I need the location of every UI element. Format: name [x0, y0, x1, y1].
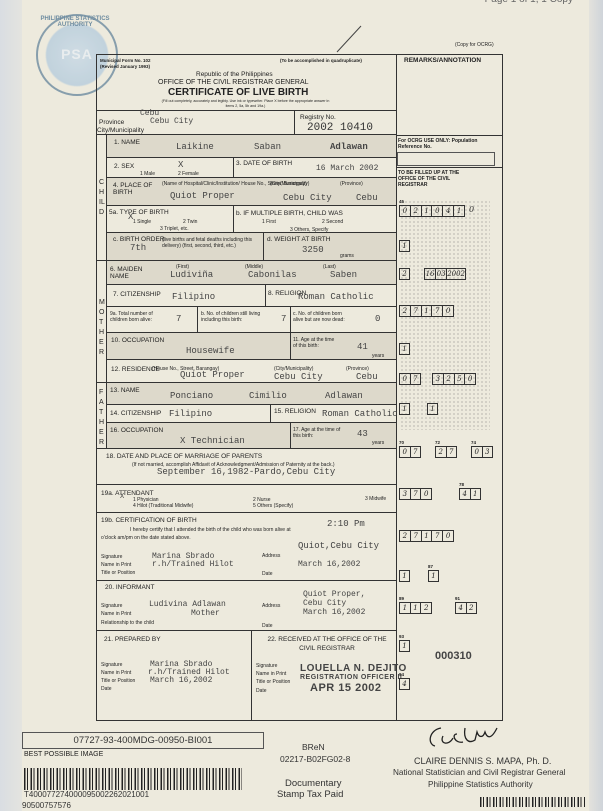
cert-signature-label: Signature [101, 554, 122, 560]
living-children-value: 7 [281, 314, 286, 324]
code-box: 021041 [399, 205, 465, 217]
form-instructions: (Fill out completely, accurately and leg… [158, 99, 333, 108]
mother-last-name: Saben [330, 270, 357, 280]
code-box: 1 [399, 640, 410, 652]
child-middle-name: Saban [254, 142, 281, 152]
residence-province: Cebu [356, 372, 378, 382]
attendant-option-hilot: 4 Hilot (Traditional Midwife) [133, 503, 193, 509]
code-number: 89 [399, 596, 404, 601]
city-value: Cebu City [150, 117, 193, 126]
barcode-text: T400077274000095002262021001 [24, 790, 149, 799]
code-extra: 0 [469, 205, 474, 214]
sex-label: 2. SEX [114, 163, 134, 170]
prep-title-label: Title or Position [101, 678, 135, 684]
pob-city: Cebu City [283, 193, 332, 203]
father-age-unit: years [372, 440, 384, 446]
bren-value: 02217-B02FG02-8 [280, 754, 350, 764]
code-number: 94 [399, 672, 404, 677]
certification-label: 19b. CERTIFICATION OF BIRTH [101, 517, 197, 524]
mother-religion: Roman Catholic [298, 292, 374, 302]
signer-org: Philippine Statistics Authority [428, 780, 533, 789]
attendant-label: 19a. ATTENDANT [101, 490, 154, 497]
form-number: Municipal Form No. 102 [100, 58, 151, 63]
multiple-birth-label: b. IF MULTIPLE BIRTH, CHILD WAS [236, 210, 343, 217]
father-middle-name: Cimilio [249, 391, 287, 401]
pob-province: Cebu [356, 193, 378, 203]
maiden-name-label: 6. MAIDEN NAME [110, 266, 148, 280]
code-box: 16032002 [424, 268, 466, 280]
father-last-name: Adlawan [325, 391, 363, 401]
code-box: 1 [399, 403, 410, 415]
signature-image [425, 722, 505, 756]
fill-up-label: TO BE FILLED UP AT THE OFFICE OF THE CIV… [398, 170, 478, 188]
code-box: 370 [399, 488, 432, 500]
birth-order-sublabel: (live births and fetal deaths including … [150, 237, 262, 249]
pob-province-sublabel: (Province) [340, 181, 363, 187]
cert-date: March 16,2002 [298, 560, 360, 569]
republic-label: Republic of the Philippines [196, 71, 273, 78]
type-option-single: 1 Single [133, 219, 151, 225]
informant-date: March 16,2002 [303, 608, 365, 617]
type-of-birth-label: 5a. TYPE OF BIRTH [109, 209, 169, 216]
recv-signature-label: Signature [256, 663, 277, 669]
weight-value: 3250 [302, 245, 324, 255]
recv-name-label: Name in Print [256, 671, 286, 677]
form-revised: (Revised January 1993) [100, 64, 150, 69]
code-box: 112 [399, 602, 432, 614]
informant-relation: Mother [191, 609, 220, 618]
office-label: OFFICE OF THE CIVIL REGISTRAR GENERAL [158, 79, 309, 86]
mother-occupation: Housewife [186, 346, 235, 356]
mother-citizenship-label: 7. CITIZENSHIP [113, 291, 161, 298]
child-last-name: Adlawan [330, 142, 368, 152]
code-number: 45 [399, 199, 404, 204]
cert-name-label: Name in Print [101, 562, 131, 568]
attendant-mark: X [120, 493, 124, 501]
weight-unit: grams [340, 253, 354, 259]
inf-address-label: Address [262, 603, 280, 609]
code-box: 27170 [399, 530, 454, 542]
prep-name-label: Name in Print [101, 670, 131, 676]
code-number: 87 [428, 564, 433, 569]
multiple-option-first: 1 First [262, 219, 276, 225]
prep-date-label: Date [101, 686, 112, 692]
city-label: City/Municipality [97, 127, 144, 134]
cert-title-label: Title or Position [101, 570, 135, 576]
certificate-title: CERTIFICATE OF LIVE BIRTH [168, 87, 308, 98]
code-number: 72 [435, 440, 440, 445]
signer-title: National Statistician and Civil Registra… [393, 768, 565, 777]
population-reference-box [397, 152, 495, 166]
prepared-date: March 16,2002 [150, 676, 212, 685]
informant-name: Ludivina Adlawan [149, 600, 226, 609]
certification-oclock: o'clock am/pm on the date stated above. [101, 535, 221, 541]
inf-date-label: Date [262, 623, 273, 629]
page-edge-right [589, 0, 603, 811]
section-child: CHILD [99, 178, 105, 218]
inf-name-label: Name in Print [101, 611, 131, 617]
section-mother: MOTHER [99, 298, 105, 358]
father-religion-label: 15. RELIGION [274, 408, 316, 415]
father-occupation-label: 16. OCCUPATION [110, 427, 163, 434]
code-box: 03 [471, 446, 493, 458]
birth-order-value: 7th [130, 243, 146, 253]
informant-label: 20. INFORMANT [105, 584, 154, 591]
certification-time: 2:10 Pm [327, 519, 365, 529]
cert-date-label: Date [262, 571, 273, 577]
father-citizenship-label: 14. CITIZENSHIP [110, 410, 161, 417]
child-first-name: Laikine [176, 142, 214, 152]
pen-mark-icon [335, 24, 365, 54]
father-first-name: Ponciano [170, 391, 213, 401]
informant-address-line2: Cebu City [303, 599, 346, 608]
barcode [24, 768, 242, 790]
copy-label: (Copy for OCRG) [455, 42, 494, 48]
code-box: 4 [399, 678, 410, 690]
type-option-twin: 2 Twin [183, 219, 197, 225]
multiple-option-second: 2 Second [322, 219, 343, 225]
inf-signature-label: Signature [101, 603, 122, 609]
cert-address: Quiot,Cebu City [298, 541, 379, 551]
living-children-label: b. No. of children still living includin… [201, 311, 265, 323]
father-name-label: 13. NAME [110, 387, 140, 394]
certification-text: I hereby certify that I attended the bir… [130, 527, 291, 533]
pob-label: 4. PLACE OF BIRTH [113, 182, 153, 196]
registry-value: 2002 10410 [307, 122, 373, 134]
page-header: Page 1 of 1, 1 Copy [485, 0, 573, 5]
total-children-label: 9a. Total number of children born alive: [110, 311, 162, 323]
father-occupation: X Technician [180, 436, 245, 446]
dob-value: 16 March 2002 [316, 164, 378, 173]
stamp-tax-line1: Documentary [285, 778, 342, 789]
mother-first-name: Ludiviña [170, 270, 213, 280]
bren-label: BReN [302, 742, 325, 752]
code-box: 1 [428, 570, 439, 582]
ocrg-use-label: For OCRG USE ONLY: Population Reference … [398, 138, 488, 150]
received-label: 22. RECEIVED AT THE OFFICE OF THE CIVIL … [262, 635, 392, 653]
received-date-stamp: APR 15 2002 [310, 682, 382, 694]
dead-children-label: c. No. of children born alive but are no… [293, 311, 348, 323]
weight-label: d. WEIGHT AT BIRTH [267, 236, 330, 243]
informant-address-line1: Quiot Proper, [303, 590, 365, 599]
code-box: 07 [399, 446, 421, 458]
code-box: 1 [399, 240, 410, 252]
sex-mark: X [178, 160, 183, 170]
code-box: 27 [435, 446, 457, 458]
code-box: 1 [427, 403, 438, 415]
residence-city: Cebu City [274, 372, 323, 382]
total-children-value: 7 [176, 314, 181, 324]
inf-relation-label: Relationship to the child [101, 620, 154, 626]
serial-number: 000310 [435, 650, 472, 662]
father-age-label: 17. Age at the time of this birth: [293, 427, 343, 439]
marriage-value: September 16,1982-Pardo,Cebu City [157, 467, 335, 477]
recv-date-label: Date [256, 688, 267, 694]
seal-ring-text: PHILIPPINE STATISTICS AUTHORITY [38, 16, 112, 28]
stamp-tax-line2: Stamp Tax Paid [277, 789, 343, 800]
best-image-label: BEST POSSIBLE IMAGE [24, 751, 103, 758]
reference-code: 07727-93-400MDG-00950-BI001 [22, 732, 264, 749]
attendant-option-midwife: 3 Midwife [365, 496, 386, 502]
mother-age-label: 11. Age at the time of this birth: [293, 337, 339, 349]
code-box: 2 [399, 268, 410, 280]
child-name-label: 1. NAME [114, 139, 140, 146]
code-number: 74 [471, 440, 476, 445]
signer-name: CLAIRE DENNIS S. MAPA, Ph. D. [414, 756, 551, 766]
remarks-title: REMARKS/ANNOTATION [404, 57, 481, 64]
code-box: 3250 [432, 373, 476, 385]
pob-place: Quiot Proper [170, 191, 235, 201]
document-number: 90500757576 [22, 801, 71, 810]
prepared-by-label: 21. PREPARED BY [104, 636, 161, 643]
attendant-option-others: 5 Others (Specify) [253, 503, 293, 509]
code-number: 78 [459, 482, 464, 487]
registrar-title-stamp: REGISTRATION OFFICER II [300, 674, 402, 681]
dead-children-value: 0 [375, 314, 380, 324]
cert-address-label: Address [262, 553, 280, 559]
mother-citizenship: Filipino [172, 292, 215, 302]
code-number: 91 [455, 596, 460, 601]
page-edge-left [0, 0, 22, 811]
province-label: Province [99, 119, 124, 126]
code-box: 07 [399, 373, 421, 385]
pob-city-sublabel: (City/Municipality) [270, 181, 309, 187]
cert-title: r.h/Trained Hilot [152, 560, 234, 569]
code-number: 70 [399, 440, 404, 445]
prep-signature-label: Signature [101, 662, 122, 668]
registry-label: Registry No. [300, 114, 336, 121]
mother-middle-name: Cabonilas [248, 270, 297, 280]
father-age: 43 [357, 429, 368, 439]
small-barcode [480, 797, 585, 807]
code-box: 41 [459, 488, 481, 500]
dob-label: 3. DATE OF BIRTH [236, 160, 292, 167]
code-box: 1 [399, 570, 410, 582]
father-citizenship: Filipino [169, 409, 212, 419]
mother-age: 41 [357, 342, 368, 352]
code-box: 27170 [399, 305, 454, 317]
code-box: 1 [399, 343, 410, 355]
recv-title-label: Title or Position [256, 679, 290, 685]
mother-occupation-label: 10. OCCUPATION [111, 337, 164, 344]
registrar-name-stamp: LOUELLA N. DEJITO [300, 663, 407, 674]
quadruplicate-note: (To be accomplished in quadruplicate) [280, 58, 362, 63]
code-box: 42 [455, 602, 477, 614]
father-religion: Roman Catholic [322, 409, 398, 419]
section-father: FATHER [99, 388, 105, 448]
marriage-label: 18. DATE AND PLACE OF MARRIAGE OF PARENT… [106, 453, 262, 460]
residence-place: Quiot Proper [180, 370, 245, 380]
code-number: 93 [399, 634, 404, 639]
